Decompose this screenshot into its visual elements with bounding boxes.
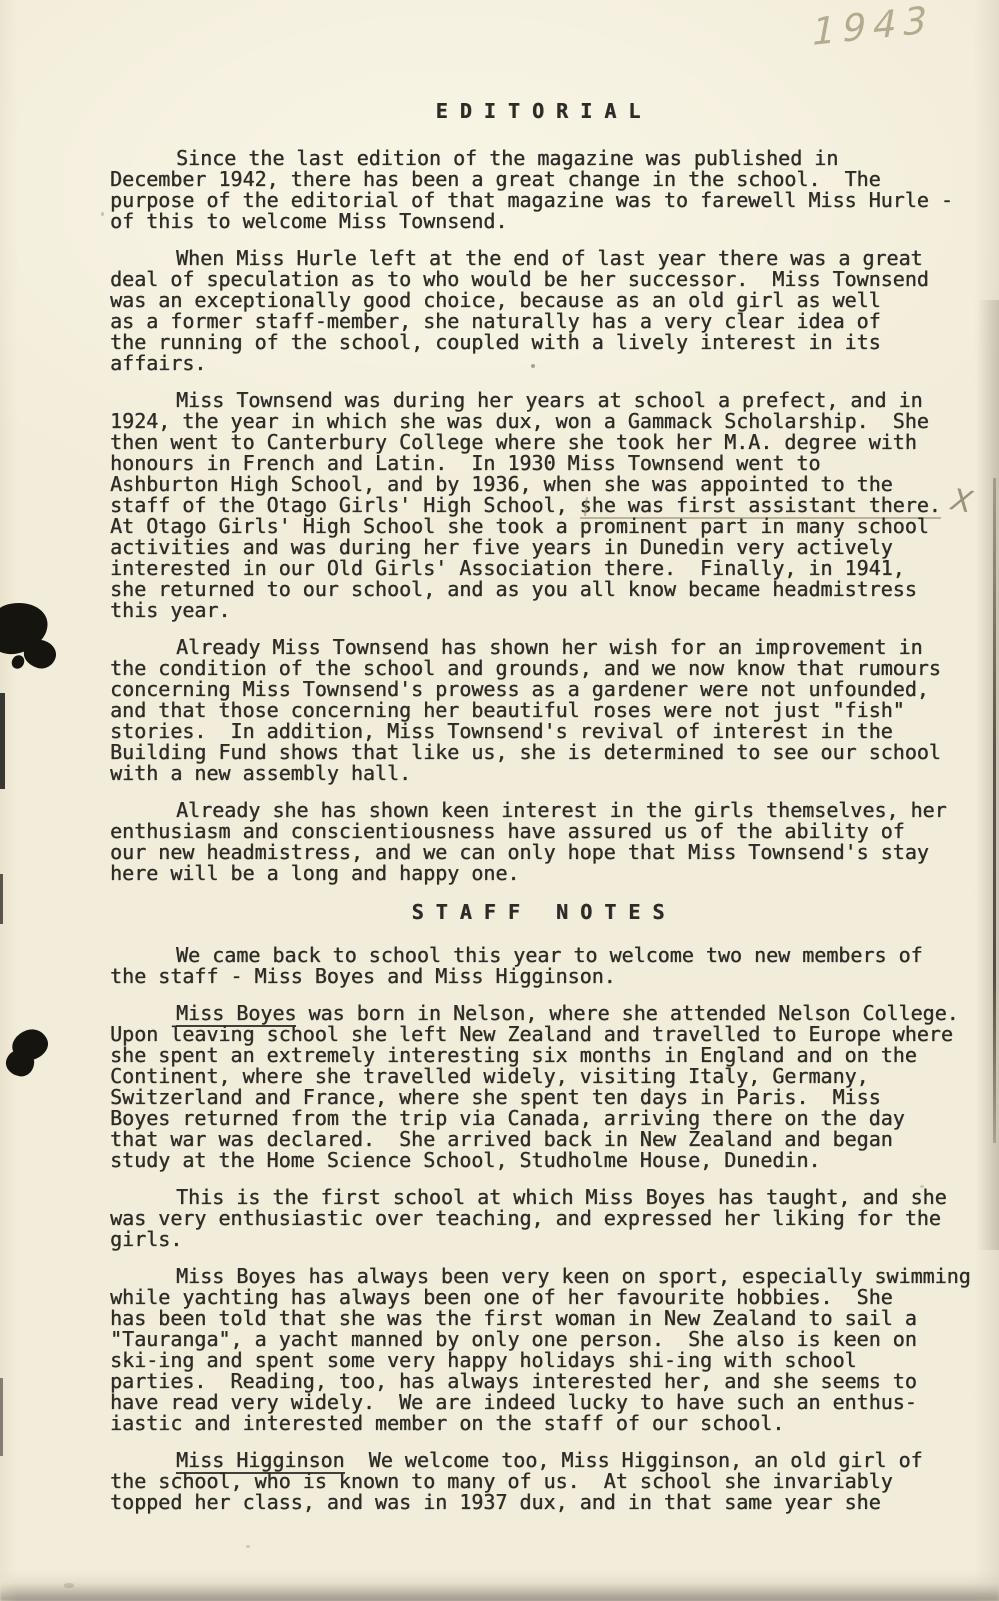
bottom-edge-shadow <box>0 1583 999 1601</box>
text-line: activities and was during her five years… <box>110 537 985 558</box>
text-line: our new headmistress, and we can only ho… <box>110 842 985 863</box>
text-line: concerning Miss Townsend's prowess as a … <box>110 679 985 700</box>
paragraph: Since the last edition of the magazine w… <box>110 148 985 232</box>
text-line: Boyes returned from the trip via Canada,… <box>110 1108 985 1129</box>
text-line: deal of speculation as to who would be h… <box>110 269 985 290</box>
paragraph: This is the first school at which Miss B… <box>110 1187 985 1250</box>
text-line: Miss Boyes has always been very keen on … <box>110 1266 985 1287</box>
paragraph: Miss Townsend was during her years at sc… <box>110 390 985 621</box>
text-line: We came back to school this year to welc… <box>110 945 985 966</box>
text-run: the staff - Miss Boyes and Miss Higginso… <box>110 964 616 988</box>
text-line: study at the Home Science School, Studho… <box>110 1150 985 1171</box>
text-line: as a former staff-member, she naturally … <box>110 311 985 332</box>
text-line: that war was declared. She arrived back … <box>110 1129 985 1150</box>
text-line: December 1942, there has been a great ch… <box>110 169 985 190</box>
paragraph: Miss Higginson We welcome too, Miss Higg… <box>110 1450 985 1513</box>
text-line: "Tauranga", a yacht manned by only one p… <box>110 1329 985 1350</box>
text-line: Building Fund shows that like us, she is… <box>110 742 985 763</box>
text-line: This is the first school at which Miss B… <box>110 1187 985 1208</box>
text-line: topped her class, and was in 1937 dux, a… <box>110 1492 985 1513</box>
text-line: of this to welcome Miss Townsend. <box>110 211 985 232</box>
text-run: here will be a long and happy one. <box>110 861 519 885</box>
text-run: she returned to our school, and as you a… <box>110 577 917 601</box>
text-run: girls. <box>110 1227 182 1251</box>
text-run: with a new assembly hall. <box>110 761 411 785</box>
text-line: Miss Higginson We welcome too, Miss Higg… <box>110 1450 985 1471</box>
text-line: 1924, the year in which she was dux, won… <box>110 411 985 432</box>
text-line: she returned to our school, and as you a… <box>110 579 985 600</box>
text-run: iastic and interested member on the staf… <box>110 1411 784 1435</box>
text-line: was an exceptionally good choice, becaus… <box>110 290 985 311</box>
text-line: here will be a long and happy one. <box>110 863 985 884</box>
text-line: Since the last edition of the magazine w… <box>110 148 985 169</box>
text-line: affairs. <box>110 353 985 374</box>
text-line: Miss Townsend was during her years at sc… <box>110 390 985 411</box>
text-run: affairs. <box>110 351 206 375</box>
staff-notes-heading: S T A F F N O T E S <box>110 902 966 923</box>
staff-notes-paragraphs: We came back to school this year to welc… <box>0 945 999 1513</box>
text-line: while yachting has always been one of he… <box>110 1287 985 1308</box>
paragraph: Already Miss Townsend has shown her wish… <box>110 637 985 784</box>
text-run: this year. <box>110 598 230 622</box>
paragraph: When Miss Hurle left at the end of last … <box>110 248 985 374</box>
text-line: parties. Reading, too, has always intere… <box>110 1371 985 1392</box>
left-edge-mark <box>0 1378 3 1456</box>
text-run: the running of the school, coupled with … <box>110 330 881 354</box>
text-line: At Otago Girls' High School she took a p… <box>110 516 985 537</box>
document-content: E D I T O R I A L Since the last edition… <box>0 0 999 1529</box>
text-line: with a new assembly hall. <box>110 763 985 784</box>
paper-speck <box>920 1185 924 1188</box>
text-line: was very enthusiastic over teaching, and… <box>110 1208 985 1229</box>
text-line: girls. <box>110 1229 985 1250</box>
text-line: Switzerland and France, where she spent … <box>110 1087 985 1108</box>
editorial-heading: E D I T O R I A L <box>110 101 966 122</box>
text-line: the school, who is known to many of us. … <box>110 1471 985 1492</box>
scanned-document-page: 1943 E D I T O R I A L Since the last ed… <box>0 0 999 1601</box>
text-line: When Miss Hurle left at the end of last … <box>110 248 985 269</box>
text-line: Upon leaving school she left New Zealand… <box>110 1024 985 1045</box>
text-line: then went to Canterbury College where sh… <box>110 432 985 453</box>
paper-speck <box>64 1583 74 1588</box>
text-line: honours in French and Latin. In 1930 Mis… <box>110 453 985 474</box>
text-line: the staff - Miss Boyes and Miss Higginso… <box>110 966 985 987</box>
text-line: iastic and interested member on the staf… <box>110 1413 985 1434</box>
text-line: and that those concerning her beautiful … <box>110 700 985 721</box>
text-run: of this to welcome Miss Townsend. <box>110 209 507 233</box>
right-edge-scan-line <box>993 478 996 1143</box>
paragraph: Miss Boyes was born in Nelson, where she… <box>110 1003 985 1171</box>
paper-speck <box>101 212 104 216</box>
text-line: staff of the Otago Girls' High School, s… <box>110 495 985 516</box>
text-line: enthusiasm and conscientiousness have as… <box>110 821 985 842</box>
paragraph: We came back to school this year to welc… <box>110 945 985 987</box>
text-line: has been told that she was the first wom… <box>110 1308 985 1329</box>
paper-speck <box>246 1545 250 1548</box>
paper-speck <box>531 364 535 368</box>
text-line: Continent, where she travelled widely, v… <box>110 1066 985 1087</box>
text-line: have read very widely. We are indeed luc… <box>110 1392 985 1413</box>
text-line: Already Miss Townsend has shown her wish… <box>110 637 985 658</box>
left-edge-mark <box>0 693 5 789</box>
text-run: study at the Home Science School, Studho… <box>110 1148 820 1172</box>
left-edge-mark <box>0 874 3 924</box>
text-line: she spent an extremely interesting six m… <box>110 1045 985 1066</box>
text-line: stories. In addition, Miss Townsend's re… <box>110 721 985 742</box>
text-line: interested in our Old Girls' Association… <box>110 558 985 579</box>
text-line: purpose of the editorial of that magazin… <box>110 190 985 211</box>
text-line: ski-ing and spent some very happy holida… <box>110 1350 985 1371</box>
editorial-paragraphs: Since the last edition of the magazine w… <box>0 148 999 884</box>
text-line: Miss Boyes was born in Nelson, where she… <box>110 1003 985 1024</box>
text-line: Already she has shown keen interest in t… <box>110 800 985 821</box>
text-line: the running of the school, coupled with … <box>110 332 985 353</box>
paragraph: Miss Boyes has always been very keen on … <box>110 1266 985 1434</box>
text-run: topped her class, and was in 1937 dux, a… <box>110 1490 881 1514</box>
text-line: the condition of the school and grounds,… <box>110 658 985 679</box>
text-line: Ashburton High School, and by 1936, when… <box>110 474 985 495</box>
text-line: this year. <box>110 600 985 621</box>
paragraph: Already she has shown keen interest in t… <box>110 800 985 884</box>
text-run: was very enthusiastic over teaching, and… <box>110 1206 941 1230</box>
